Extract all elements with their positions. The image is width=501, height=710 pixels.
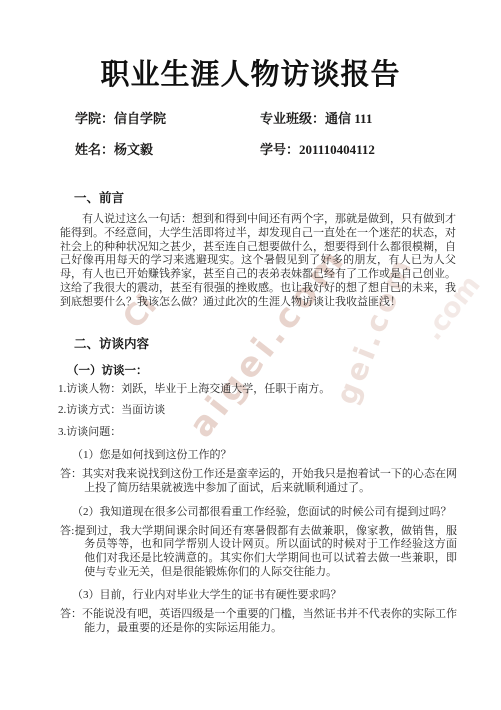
question-3: （3）目前，行业内对毕业大学生的证书有硬性要求吗？ <box>72 588 456 602</box>
answer-3: 答：不能说没有吧，英语四级是一个重要的门槛，当然证书并不代表你的实际工作能力，最… <box>60 608 457 636</box>
section-heading-interview: 二、访谈内容 <box>74 334 501 352</box>
field-student-id-label: 学号： <box>260 142 299 157</box>
question-2: （2）我知道现在很多公司都很看重工作经验，您面试的时候公司有提到过吗？ <box>72 505 456 519</box>
field-class-value: 通信 111 <box>325 111 372 126</box>
field-college: 学院：信自学院 <box>75 108 260 127</box>
field-college-value: 信自学院 <box>114 111 166 126</box>
field-class: 专业班级：通信 111 <box>260 108 445 127</box>
field-name: 姓名：杨文毅 <box>75 139 260 158</box>
section-heading-preface: 一、前言 <box>74 188 501 206</box>
document-page: Ci aigei.com gei.com .com 职业生涯人物访谈报告 学院：… <box>0 0 501 710</box>
interview-subheading: （一）访谈一： <box>67 362 501 378</box>
preface-paragraph: 有人说过这么一句话：想到和得到中间还有两个字，那就是做到，只有做到才能得到。不经… <box>60 213 456 310</box>
page-title: 职业生涯人物访谈报告 <box>48 52 453 93</box>
field-name-value: 杨文毅 <box>114 142 153 157</box>
document-content: 职业生涯人物访谈报告 学院：信自学院 专业班级：通信 111 姓名：杨文毅 学号… <box>0 52 501 635</box>
interview-meta-questions: 3.访谈问题： <box>58 426 456 440</box>
interview-meta-method: 2.访谈方式：当面访谈 <box>58 404 456 418</box>
answer-2: 答:提到过，我大学期间课余时间还有寒暑假都有去做兼职，像家教，做销售，服务员等等… <box>60 525 457 580</box>
field-class-label: 专业班级： <box>260 111 325 126</box>
document-header-fields: 学院：信自学院 专业班级：通信 111 姓名：杨文毅 学号：2011104041… <box>75 108 445 158</box>
answer-1: 答：其实对我来说找到这份工作还是蛮幸运的，开始我只是抱着试一下的心态在网上投了简… <box>60 468 457 496</box>
field-name-label: 姓名： <box>75 142 114 157</box>
field-student-id-value: 201110404112 <box>299 142 375 157</box>
field-college-label: 学院： <box>75 111 114 126</box>
interview-meta-person: 1.访谈人物：刘跃，毕业于上海交通大学，任职于南方。 <box>58 383 456 397</box>
question-1: （1）您是如何找到这份工作的？ <box>72 448 456 462</box>
field-student-id: 学号：201110404112 <box>260 139 445 158</box>
